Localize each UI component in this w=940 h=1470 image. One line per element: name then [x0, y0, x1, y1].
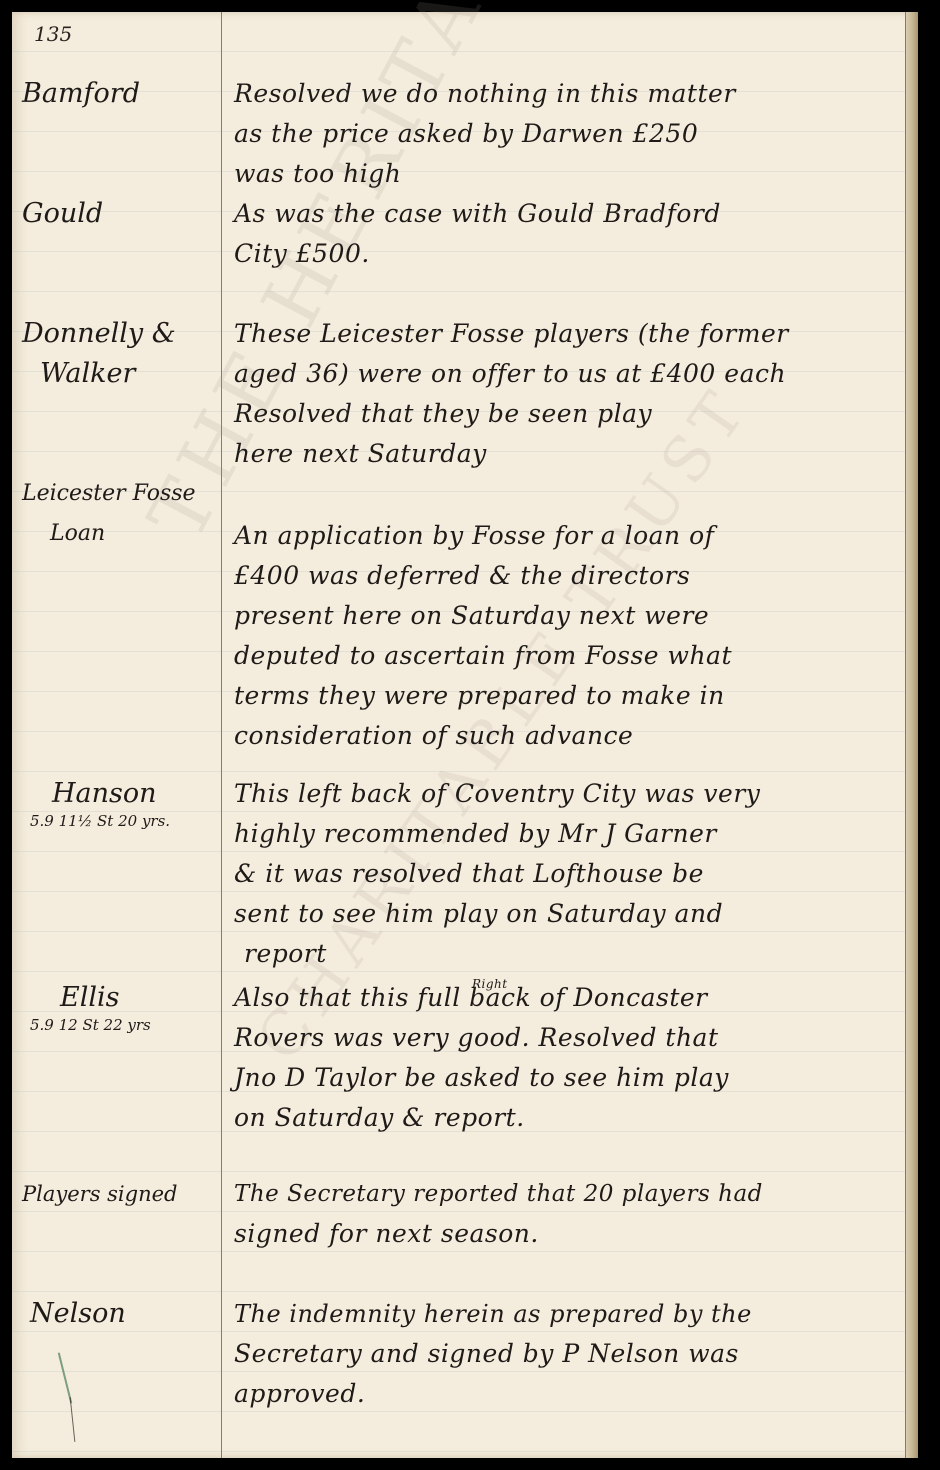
player-stats: 5.9 11½ St 20 yrs.	[22, 812, 217, 830]
entry-line: Rovers was very good. Resolved that	[234, 1018, 894, 1058]
entry-line: report	[234, 934, 894, 974]
page-number: 135	[34, 22, 72, 46]
ink-mark	[58, 1353, 73, 1404]
entry-label-line: Hanson	[22, 774, 217, 814]
entry-label: Leicester Fosse Loan	[22, 474, 217, 554]
ledger-page: THE HERITAGE COLLECTION CHARITABLE TRUST…	[12, 12, 918, 1458]
entry-line: deputed to ascertain from Fosse what	[234, 636, 894, 676]
entry-text: As was the case with Gould Bradford City…	[234, 194, 894, 274]
insertion-note: Right	[472, 964, 508, 1004]
entry-line: These Leicester Fosse players (the forme…	[234, 314, 894, 354]
entry-label: Ellis 5.9 12 St 22 yrs	[22, 978, 217, 1034]
entry-text: The Secretary reported that 20 players h…	[234, 1174, 894, 1254]
entry-label-line: Donnelly &	[22, 314, 217, 354]
ink-mark	[70, 1397, 76, 1442]
entry-line: as the price asked by Darwen £250	[234, 114, 894, 154]
entry-line: Resolved we do nothing in this matter	[234, 74, 894, 114]
entry-line: highly recommended by Mr J Garner	[234, 814, 894, 854]
entry-label: Donnelly & Walker	[22, 314, 217, 394]
entry-label-line: Walker	[22, 354, 217, 394]
entry-line: As was the case with Gould Bradford	[234, 194, 894, 234]
entry-label: Gould	[22, 194, 217, 234]
entry-line: terms they were prepared to make in	[234, 676, 894, 716]
entry-text: The indemnity herein as prepared by the …	[234, 1294, 894, 1414]
entry-label-line: Leicester Fosse	[22, 474, 217, 514]
entry-line: signed for next season.	[234, 1214, 894, 1254]
entry-label: Hanson 5.9 11½ St 20 yrs.	[22, 774, 217, 830]
player-stats: 5.9 12 St 22 yrs	[22, 1016, 217, 1034]
entry-label-line: Loan	[22, 514, 217, 554]
entry-label: Nelson	[22, 1294, 225, 1334]
entry-line: present here on Saturday next were	[234, 596, 894, 636]
entry-line: here next Saturday	[234, 434, 894, 474]
entry-label: Bamford	[22, 74, 217, 114]
entry-line: Resolved that they be seen play	[234, 394, 894, 434]
entry-line: Secretary and signed by P Nelson was	[234, 1334, 894, 1374]
entry-line: aged 36) were on offer to us at £400 eac…	[234, 354, 894, 394]
entry-line: sent to see him play on Saturday and	[234, 894, 894, 934]
entry-line: Also that this full back of Doncaster	[234, 978, 894, 1018]
page-binding-edge	[905, 12, 918, 1458]
entry-line: consideration of such advance	[234, 716, 894, 756]
entry-line: £400 was deferred & the directors	[234, 556, 894, 596]
entry-line: & it was resolved that Lofthouse be	[234, 854, 894, 894]
entry-line: was too high	[234, 154, 894, 194]
entry-line: The indemnity herein as prepared by the	[234, 1294, 894, 1334]
entry-text: These Leicester Fosse players (the forme…	[234, 314, 894, 474]
margin-rule	[221, 12, 222, 1458]
entry-text: This left back of Coventry City was very…	[234, 774, 894, 974]
entry-line: City £500.	[234, 234, 894, 274]
entry-line: Jno D Taylor be asked to see him play	[234, 1058, 894, 1098]
entry-line: This left back of Coventry City was very	[234, 774, 894, 814]
entry-line: on Saturday & report.	[234, 1098, 894, 1138]
entry-text: Right Also that this full back of Doncas…	[234, 978, 894, 1138]
entry-text: An application by Fosse for a loan of £4…	[234, 516, 894, 756]
entry-line: The Secretary reported that 20 players h…	[234, 1174, 894, 1214]
entry-text: Resolved we do nothing in this matter as…	[234, 74, 894, 194]
entry-line: An application by Fosse for a loan of	[234, 516, 894, 556]
entry-line: approved.	[234, 1374, 894, 1414]
entry-label-line: Ellis	[22, 978, 217, 1018]
entry-label: Players signed	[22, 1174, 217, 1214]
